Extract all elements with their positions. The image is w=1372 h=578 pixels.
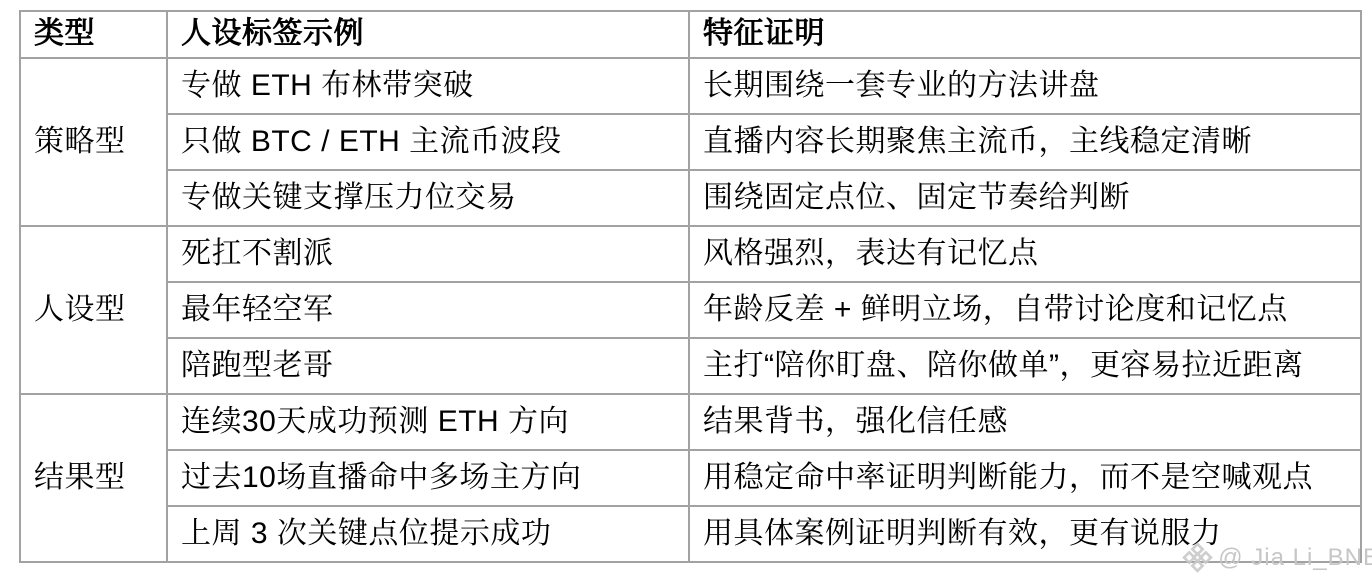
column-header-proof: 特征证明 — [689, 11, 1361, 58]
group-cell-persona: 人设型 — [20, 226, 167, 394]
proof-cell: 风格强烈，表达有记忆点 — [689, 226, 1361, 282]
proof-cell: 用具体案例证明判断有效，更有说服力 — [689, 506, 1361, 562]
label-cell: 陪跑型老哥 — [167, 338, 689, 394]
proof-cell: 年龄反差 + 鲜明立场，自带讨论度和记忆点 — [689, 282, 1361, 338]
table-row: 最年轻空军 年龄反差 + 鲜明立场，自带讨论度和记忆点 — [20, 282, 1361, 338]
group-cell-strategy: 策略型 — [20, 58, 167, 226]
header-row: 类型 人设标签示例 特征证明 — [20, 11, 1361, 58]
label-cell: 连续30天成功预测 ETH 方向 — [167, 394, 689, 450]
table-row: 陪跑型老哥 主打“陪你盯盘、陪你做单”，更容易拉近距离 — [20, 338, 1361, 394]
proof-cell: 围绕固定点位、固定节奏给判断 — [689, 170, 1361, 226]
label-cell: 死扛不割派 — [167, 226, 689, 282]
table-row: 专做关键支撑压力位交易 围绕固定点位、固定节奏给判断 — [20, 170, 1361, 226]
label-cell: 上周 3 次关键点位提示成功 — [167, 506, 689, 562]
table-row: 上周 3 次关键点位提示成功 用具体案例证明判断有效，更有说服力 — [20, 506, 1361, 562]
page: 类型 人设标签示例 特征证明 策略型 专做 ETH 布林带突破 长期围绕一套专业… — [0, 0, 1372, 578]
group-cell-result: 结果型 — [20, 394, 167, 562]
proof-cell: 结果背书，强化信任感 — [689, 394, 1361, 450]
table-row: 过去10场直播命中多场主方向 用稳定命中率证明判断能力，而不是空喊观点 — [20, 450, 1361, 506]
column-header-label-example: 人设标签示例 — [167, 11, 689, 58]
table-row: 只做 BTC / ETH 主流币波段 直播内容长期聚焦主流币，主线稳定清晰 — [20, 114, 1361, 170]
proof-cell: 用稳定命中率证明判断能力，而不是空喊观点 — [689, 450, 1361, 506]
proof-cell: 直播内容长期聚焦主流币，主线稳定清晰 — [689, 114, 1361, 170]
label-cell: 专做关键支撑压力位交易 — [167, 170, 689, 226]
table-row: 策略型 专做 ETH 布林带突破 长期围绕一套专业的方法讲盘 — [20, 58, 1361, 114]
table-row: 人设型 死扛不割派 风格强烈，表达有记忆点 — [20, 226, 1361, 282]
label-cell: 过去10场直播命中多场主方向 — [167, 450, 689, 506]
persona-table: 类型 人设标签示例 特征证明 策略型 专做 ETH 布林带突破 长期围绕一套专业… — [19, 10, 1362, 563]
proof-cell: 长期围绕一套专业的方法讲盘 — [689, 58, 1361, 114]
label-cell: 只做 BTC / ETH 主流币波段 — [167, 114, 689, 170]
column-header-type: 类型 — [20, 11, 167, 58]
proof-cell: 主打“陪你盯盘、陪你做单”，更容易拉近距离 — [689, 338, 1361, 394]
table-row: 结果型 连续30天成功预测 ETH 方向 结果背书，强化信任感 — [20, 394, 1361, 450]
label-cell: 专做 ETH 布林带突破 — [167, 58, 689, 114]
label-cell: 最年轻空军 — [167, 282, 689, 338]
